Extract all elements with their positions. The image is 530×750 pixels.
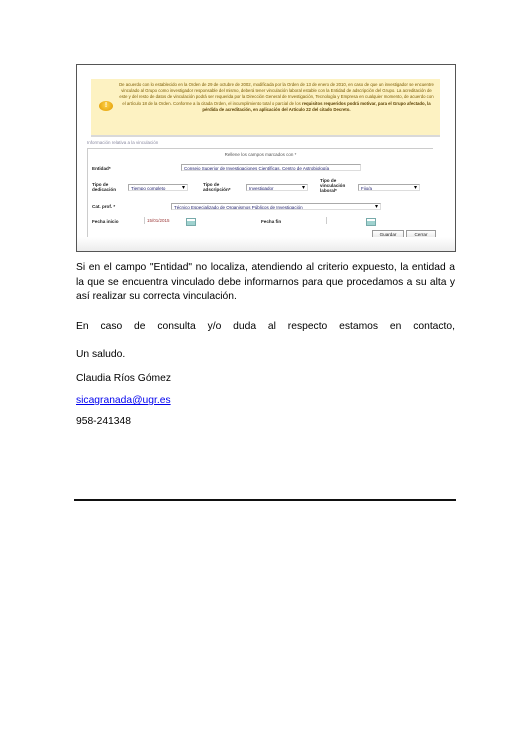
greeting: Un saludo. [76,349,125,360]
tipo-vinculacion-label: Tipo de vinculación laboral* [320,178,356,194]
fecha-fin-label: Fecha fin [261,219,281,224]
cat-prof-select[interactable]: Técnico Especializado de Organismos Públ… [171,203,381,210]
tipo-adscripcion-label: Tipo de adscripción* [203,182,243,192]
tipo-dedicacion-label: Tipo de dedicación [92,182,122,192]
frame-bottom-bar [77,237,455,251]
paragraph-entity-info: Si en el campo "Entidad" no localiza, at… [76,261,455,305]
vinculacion-form: Rellene los campos marcados con * Entida… [87,148,433,241]
signature-phone: 958-241348 [76,416,131,427]
tipo-dedicacion-select[interactable]: Tiempo completo [128,184,188,191]
signature-name: Claudia Ríos Gómez [76,373,171,384]
warning-box: ! De acuerdo con lo establecido en la Or… [91,79,440,137]
calendar-icon[interactable] [366,218,376,226]
horizontal-divider [74,499,456,501]
fecha-inicio-field[interactable]: 15/01/2015 [144,217,182,224]
tipo-vinculacion-select[interactable]: Fijo/a [358,184,420,191]
paragraph-contact: En caso de consulta y/o duda al respecto… [76,320,455,335]
fecha-inicio-label: Fecha inicio [92,219,119,224]
embedded-form-screenshot: ! De acuerdo con lo establecido en la Or… [76,64,456,252]
signature-email-link[interactable]: sicagranada@ugr.es [76,395,171,406]
warning-text: De acuerdo con lo establecido en la Orde… [119,82,434,113]
form-section-title: Información relativa a la vinculación [87,140,158,145]
cat-prof-label: Cat. prof. * [92,204,115,209]
calendar-icon[interactable] [186,218,196,226]
entidad-label: Entidad* [92,166,111,171]
entidad-field[interactable]: Consejo Superior de Investigaciones Cien… [181,164,361,171]
warning-exclamation-icon: ! [99,101,113,111]
required-fields-note: Rellene los campos marcados con * [88,152,433,157]
tipo-adscripcion-select[interactable]: Investigador [246,184,308,191]
fecha-fin-field[interactable] [326,217,364,224]
